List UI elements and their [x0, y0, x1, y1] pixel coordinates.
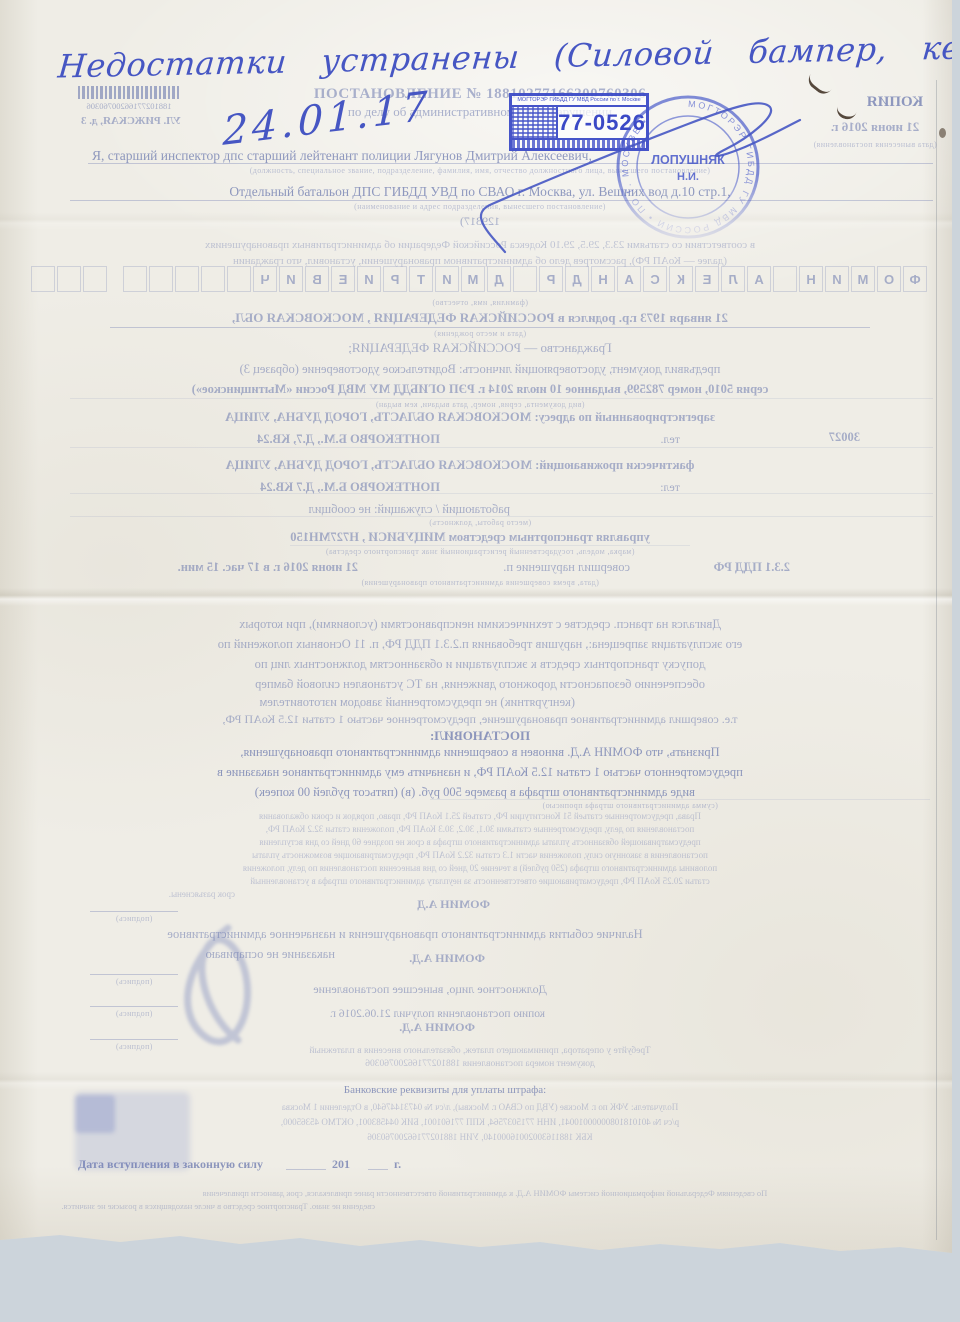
- fio-letter-cell: Е: [331, 266, 355, 292]
- violation-text-line: обеспечению безопасности дорожного движе…: [75, 677, 885, 692]
- rights-line: постановления в законную силу, положения…: [70, 850, 890, 860]
- fio-letter-cell: И: [279, 266, 303, 292]
- sum-caption: (сумма административного штрафа прописью…: [430, 801, 830, 810]
- fio-letter-cell: К: [669, 266, 693, 292]
- rights-line: постановления по делу, предусмотренные с…: [70, 824, 890, 834]
- fio-letter-cell: [83, 266, 107, 292]
- reg-address-line: ПОНТЕКОРВО Б.М., Д.7, КВ.24: [160, 432, 440, 447]
- rights-line: срок разъяснены.: [75, 889, 235, 899]
- violation-text-line: допуску транспортных средств к эксплуата…: [75, 657, 885, 672]
- vehicle-line: управляя транспортным средством МИЦУБИСИ…: [170, 530, 770, 545]
- fio-caption: (фамилия, имя, отчество): [40, 298, 920, 307]
- page-edge-shadow: [936, 80, 937, 1240]
- footer-line: сведения не знаю. Транспортное средство …: [75, 1201, 375, 1211]
- pay-note-line: документ номера постановления 1881027716…: [200, 1059, 760, 1069]
- signature-name: ФОМИН А.Д.: [375, 1020, 475, 1035]
- vehicle-caption: (марка, модель, государственный регистра…: [40, 547, 920, 556]
- fio-letter-cell: Н: [799, 266, 823, 292]
- violation-text-line: (кенгурятник) не предусмотренный заводом…: [75, 695, 575, 710]
- inspector-signature: [430, 85, 830, 265]
- bank-line: Получатель: УФК по г. Москве (УВД по СВА…: [190, 1102, 770, 1112]
- fio-letter-cell: М: [851, 266, 875, 292]
- birth-caption: (дата и место рождения): [40, 329, 920, 338]
- scan-canvas: 18810277166200760306 УЛ. РИЖСКАЯ, д. 3 К…: [0, 0, 960, 1322]
- fio-letter-cell: И: [435, 266, 459, 292]
- fio-letter-cell: Р: [539, 266, 563, 292]
- fio-letter-cell: А: [617, 266, 641, 292]
- ghost-signature: [158, 900, 288, 1060]
- fact-address-line: фактически проживающий: МОСКОВСКАЯ ОБЛАС…: [110, 458, 810, 473]
- id-doc-line: предъявил документ, удостоверяющий лично…: [75, 362, 885, 377]
- footer-line: По сведениям Федеральной информационной …: [70, 1188, 900, 1198]
- fio-letter-cell: [773, 266, 797, 292]
- fio-letter-cell: Л: [721, 266, 745, 292]
- rights-line: Права, предусмотренные статьей 51 Консти…: [70, 811, 890, 821]
- violation-when: 21 июня 2016 г. в 17 час. 15 мин.: [78, 560, 358, 575]
- violation-text-line: его эксплуатация запрещена:, нарушив тре…: [75, 637, 885, 652]
- fio-letter-cell: В: [305, 266, 329, 292]
- violation-when-caption: (дата, время совершения административног…: [40, 578, 920, 587]
- official-line: Должностное лицо, вынесшее постановление: [230, 982, 630, 997]
- bank-line: р/сч № 40101810800000010041, ИНН 7715037…: [190, 1117, 770, 1127]
- fio-letter-cell: И: [825, 266, 849, 292]
- id-doc-line: серия 5010, номер 782599, выданное 10 ию…: [75, 382, 885, 397]
- violation-label: совершил нарушение п.: [430, 560, 630, 575]
- signature-stroke: [481, 103, 800, 252]
- work-line: работающий / служащий: не сообщил: [110, 502, 510, 517]
- force-date-year: 201: [332, 1157, 372, 1172]
- id-doc-caption: (вид документа, серия, номер, дата выдач…: [40, 400, 920, 409]
- force-date-g: г.: [394, 1157, 414, 1172]
- fio-letter-cell: Д: [487, 266, 511, 292]
- fio-letter-cell: Т: [409, 266, 433, 292]
- fio-letter-cell: Р: [383, 266, 407, 292]
- fio-letter-cell: [201, 266, 225, 292]
- fio-letter-cell: А: [747, 266, 771, 292]
- rights-line: предусматривающей обязанность уплаты адм…: [70, 837, 890, 847]
- signature-name: ФОМИН А.Д.: [385, 951, 485, 966]
- fio-box-gap: [109, 266, 121, 292]
- fio-letter-cell: Д: [565, 266, 589, 292]
- fio-letter-cell: Е: [695, 266, 719, 292]
- fio-letter-cell: О: [877, 266, 901, 292]
- fio-letter-boxes: ФОМИНАЛЕКСАНДРДМИТРИЕВИЧ: [97, 266, 927, 292]
- resolution-line: Признать, что ФОМИН А.Д. виновен в совер…: [75, 745, 885, 760]
- fio-letter-cell: [31, 266, 55, 292]
- scanned-document-page: { "handwriting": { "note": "Недостатки у…: [0, 0, 960, 1322]
- resolution-line: предусмотренного частью 1 статьи 12.5 Ко…: [75, 765, 885, 780]
- tel-label: тел.: [640, 432, 680, 447]
- fio-letter-cell: [57, 266, 81, 292]
- citizenship-line: Гражданство — РОССИЙСКАЯ ФЕДЕРАЦИЯ;: [40, 340, 920, 356]
- issue-date: 21 июня 2016 г.: [812, 119, 938, 135]
- fio-letter-cell: Ф: [903, 266, 927, 292]
- torn-hole-fleck: [939, 128, 946, 138]
- violation-text-line: Двигался на трансп. средстве с техническ…: [75, 617, 885, 632]
- bank-heading: Банковские реквизиты для уплаты штрафа:: [235, 1084, 655, 1096]
- fold-crease: [0, 588, 952, 606]
- fio-letter-cell: И: [357, 266, 381, 292]
- fio-letter-cell: С: [643, 266, 667, 292]
- signature-name: ФОМИН А.Д: [390, 897, 490, 912]
- paper-sheet: 18810277166200760306 УЛ. РИЖСКАЯ, д. 3 К…: [0, 0, 952, 1256]
- bank-line: КБК 18811630020016000140, УИН 1881027716…: [190, 1132, 770, 1142]
- resolved-heading: ПОСТАНОВИЛ:: [40, 728, 920, 744]
- fio-letter-cell: Ч: [253, 266, 277, 292]
- fio-letter-cell: [175, 266, 199, 292]
- rights-line: статьи 20.25 КоАП РФ, предусматривающие …: [70, 876, 890, 886]
- fio-letter-cell: М: [461, 266, 485, 292]
- ink-bleed-smudge: [75, 1095, 115, 1133]
- reg-address-line: зарегистрированный по адресу: МОСКОВСКАЯ…: [120, 410, 820, 425]
- fio-letter-cell: [513, 266, 537, 292]
- work-caption: (место работы, должность): [40, 518, 920, 527]
- qualification-line: т.е. совершил административное правонару…: [75, 712, 885, 727]
- tel-value: 30027: [790, 430, 860, 445]
- fio-letter-cell: [149, 266, 173, 292]
- resolution-line: виде административного штрафа в размере …: [75, 785, 695, 800]
- handwritten-note: Недостатки устранены (Силовой бампер, ке…: [57, 29, 960, 86]
- birth-line: 21 января 1973 г.р. родился в РОССИЙСКАЯ…: [110, 310, 850, 326]
- fio-letter-cell: [123, 266, 147, 292]
- rights-line: половины административного штрафа (250 р…: [70, 863, 890, 873]
- fio-letter-cell: [227, 266, 251, 292]
- violation-clause: 2.3.1 ПДД РФ: [660, 560, 790, 575]
- fio-letter-cell: Н: [591, 266, 615, 292]
